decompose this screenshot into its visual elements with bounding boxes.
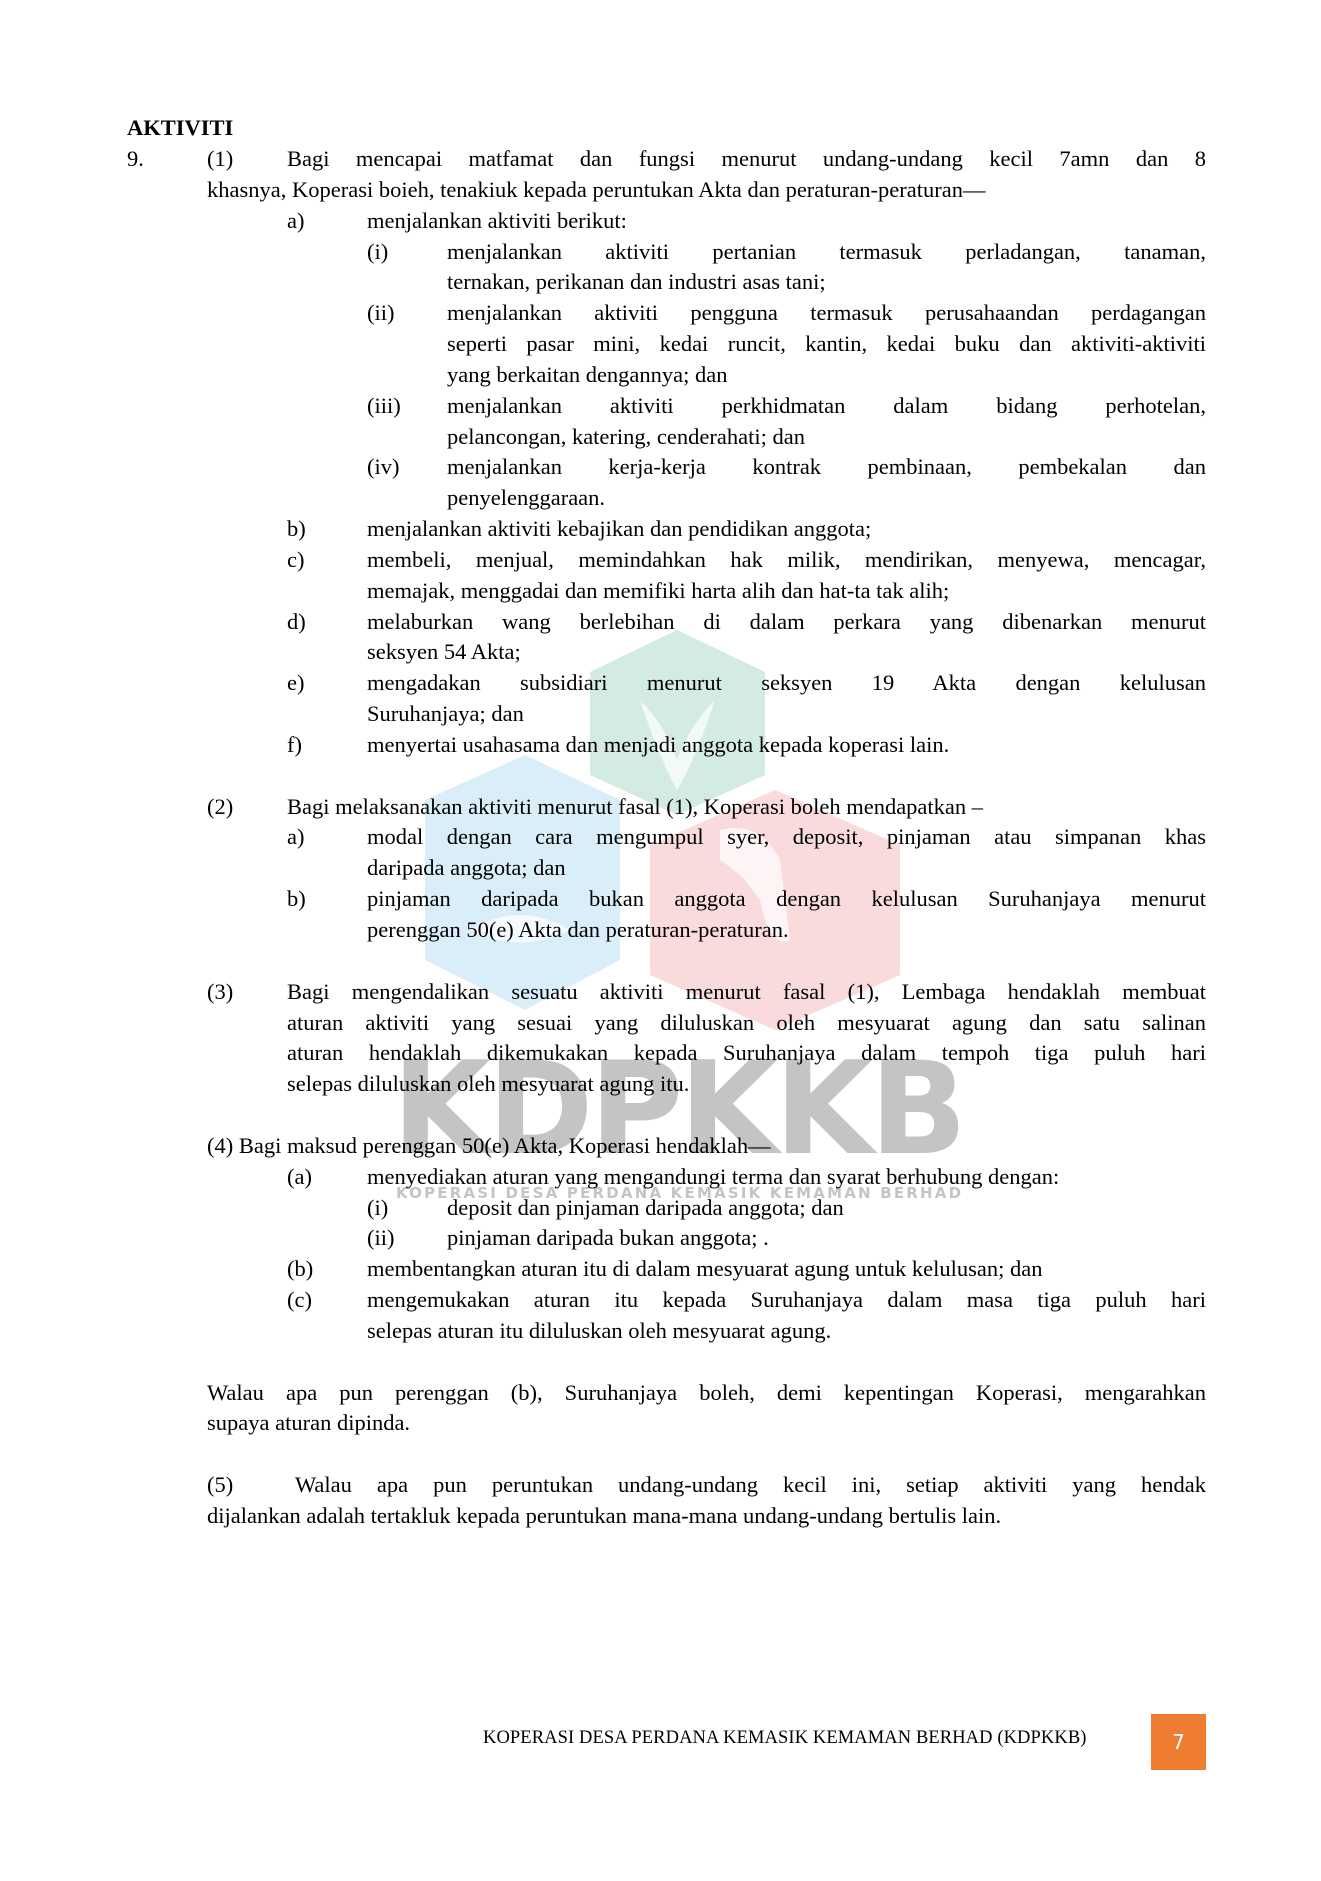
clause-text: menjalankan aktiviti perkhidmatan dalam … — [447, 391, 1206, 421]
clause-label: b) — [287, 884, 306, 914]
clause-label: (2) — [207, 792, 233, 822]
clause-text: menjalankan kerja-kerja kontrak pembinaa… — [447, 452, 1206, 482]
section-heading: AKTIVITI — [127, 113, 233, 143]
clause-text: yang berkaitan dengannya; dan — [447, 360, 728, 390]
clause-text: Bagi mencapai matfamat dan fungsi menuru… — [287, 144, 1206, 174]
clause-label: c) — [287, 545, 304, 575]
clause-text: deposit dan pinjaman daripada anggota; d… — [447, 1193, 844, 1223]
clause-label: (1) — [207, 144, 233, 174]
clause-text: menyertai usahasama dan menjadi anggota … — [367, 730, 949, 760]
clause-text: khasnya, Koperasi boieh, tenakiuk kepada… — [207, 175, 985, 205]
section-number: 9. — [127, 144, 144, 174]
clause-label: (b) — [287, 1254, 313, 1284]
clause-text: menjalankan aktiviti pertanian termasuk … — [447, 237, 1206, 267]
clause-text: pelancongan, katering, cenderahati; dan — [447, 422, 805, 452]
clause-text: supaya aturan dipinda. — [207, 1408, 410, 1438]
clause-label: d) — [287, 607, 306, 637]
clause-label: (iv) — [367, 452, 400, 482]
clause-text: (4) Bagi maksud perenggan 50(e) Akta, Ko… — [207, 1131, 771, 1161]
clause-text: Suruhanjaya; dan — [367, 699, 524, 729]
clause-text: modal dengan cara mengumpul syer, deposi… — [367, 822, 1206, 852]
clause-text: membeli, menjual, memindahkan hak milik,… — [367, 545, 1206, 575]
clause-text: Bagi melaksanakan aktiviti menurut fasal… — [287, 792, 983, 822]
clause-text: Walau apa pun perenggan (b), Suruhanjaya… — [207, 1378, 1206, 1408]
clause-text: aturan hendaklah dikemukakan kepada Suru… — [287, 1038, 1206, 1068]
clause-text: Walau apa pun peruntukan undang-undang k… — [295, 1470, 1206, 1500]
clause-text: menyediakan aturan yang mengandungi term… — [367, 1162, 1059, 1192]
clause-label: (iii) — [367, 391, 401, 421]
clause-label: a) — [287, 822, 304, 852]
clause-text: membentangkan aturan itu di dalam mesyua… — [367, 1254, 1042, 1284]
clause-text: menjalankan aktiviti kebajikan dan pendi… — [367, 514, 871, 544]
clause-text: menjalankan aktiviti berikut: — [367, 206, 627, 236]
clause-label: e) — [287, 668, 304, 698]
clause-text: perenggan 50(e) Akta dan peraturan-perat… — [367, 915, 789, 945]
watermark-green-hexagon — [590, 630, 765, 815]
clause-text: mengemukakan aturan itu kepada Suruhanja… — [367, 1285, 1206, 1315]
clause-label: (a) — [287, 1162, 312, 1192]
clause-text: dijalankan adalah tertakluk kepada perun… — [207, 1501, 1001, 1531]
clause-label: (5) — [207, 1470, 233, 1500]
page-number-badge: 7 — [1151, 1714, 1206, 1770]
clause-label: (c) — [287, 1285, 312, 1315]
clause-text: daripada anggota; dan — [367, 853, 566, 883]
clause-label: (i) — [367, 237, 388, 267]
clause-text: mengadakan subsidiari menurut seksyen 19… — [367, 668, 1206, 698]
clause-label: f) — [287, 730, 302, 760]
clause-label: (ii) — [367, 298, 395, 328]
clause-label: (i) — [367, 1193, 388, 1223]
clause-text: penyelenggaraan. — [447, 483, 605, 513]
clause-text: seksyen 54 Akta; — [367, 637, 521, 667]
clause-text: menjalankan aktiviti pengguna termasuk p… — [447, 298, 1206, 328]
clause-text: pinjaman daripada bukan anggota; . — [447, 1223, 769, 1253]
clause-text: selepas aturan itu diluluskan oleh mesyu… — [367, 1316, 831, 1346]
footer-organization: KOPERASI DESA PERDANA KEMASIK KEMAMAN BE… — [483, 1728, 1087, 1749]
clause-text: melaburkan wang berlebihan di dalam perk… — [367, 607, 1206, 637]
clause-text: memajak, menggadai dan memifiki harta al… — [367, 576, 949, 606]
clause-text: selepas diluluskan oleh mesyuarat agung … — [287, 1069, 689, 1099]
clause-text: pinjaman daripada bukan anggota dengan k… — [367, 884, 1206, 914]
clause-text: aturan aktiviti yang sesuai yang dilulus… — [287, 1008, 1206, 1038]
clause-text: Bagi mengendalikan sesuatu aktiviti menu… — [287, 977, 1206, 1007]
clause-label: (ii) — [367, 1223, 395, 1253]
clause-text: seperti pasar mini, kedai runcit, kantin… — [447, 329, 1206, 359]
clause-label: (3) — [207, 977, 233, 1007]
clause-text: ternakan, perikanan dan industri asas ta… — [447, 267, 826, 297]
clause-label: a) — [287, 206, 304, 236]
clause-label: b) — [287, 514, 306, 544]
